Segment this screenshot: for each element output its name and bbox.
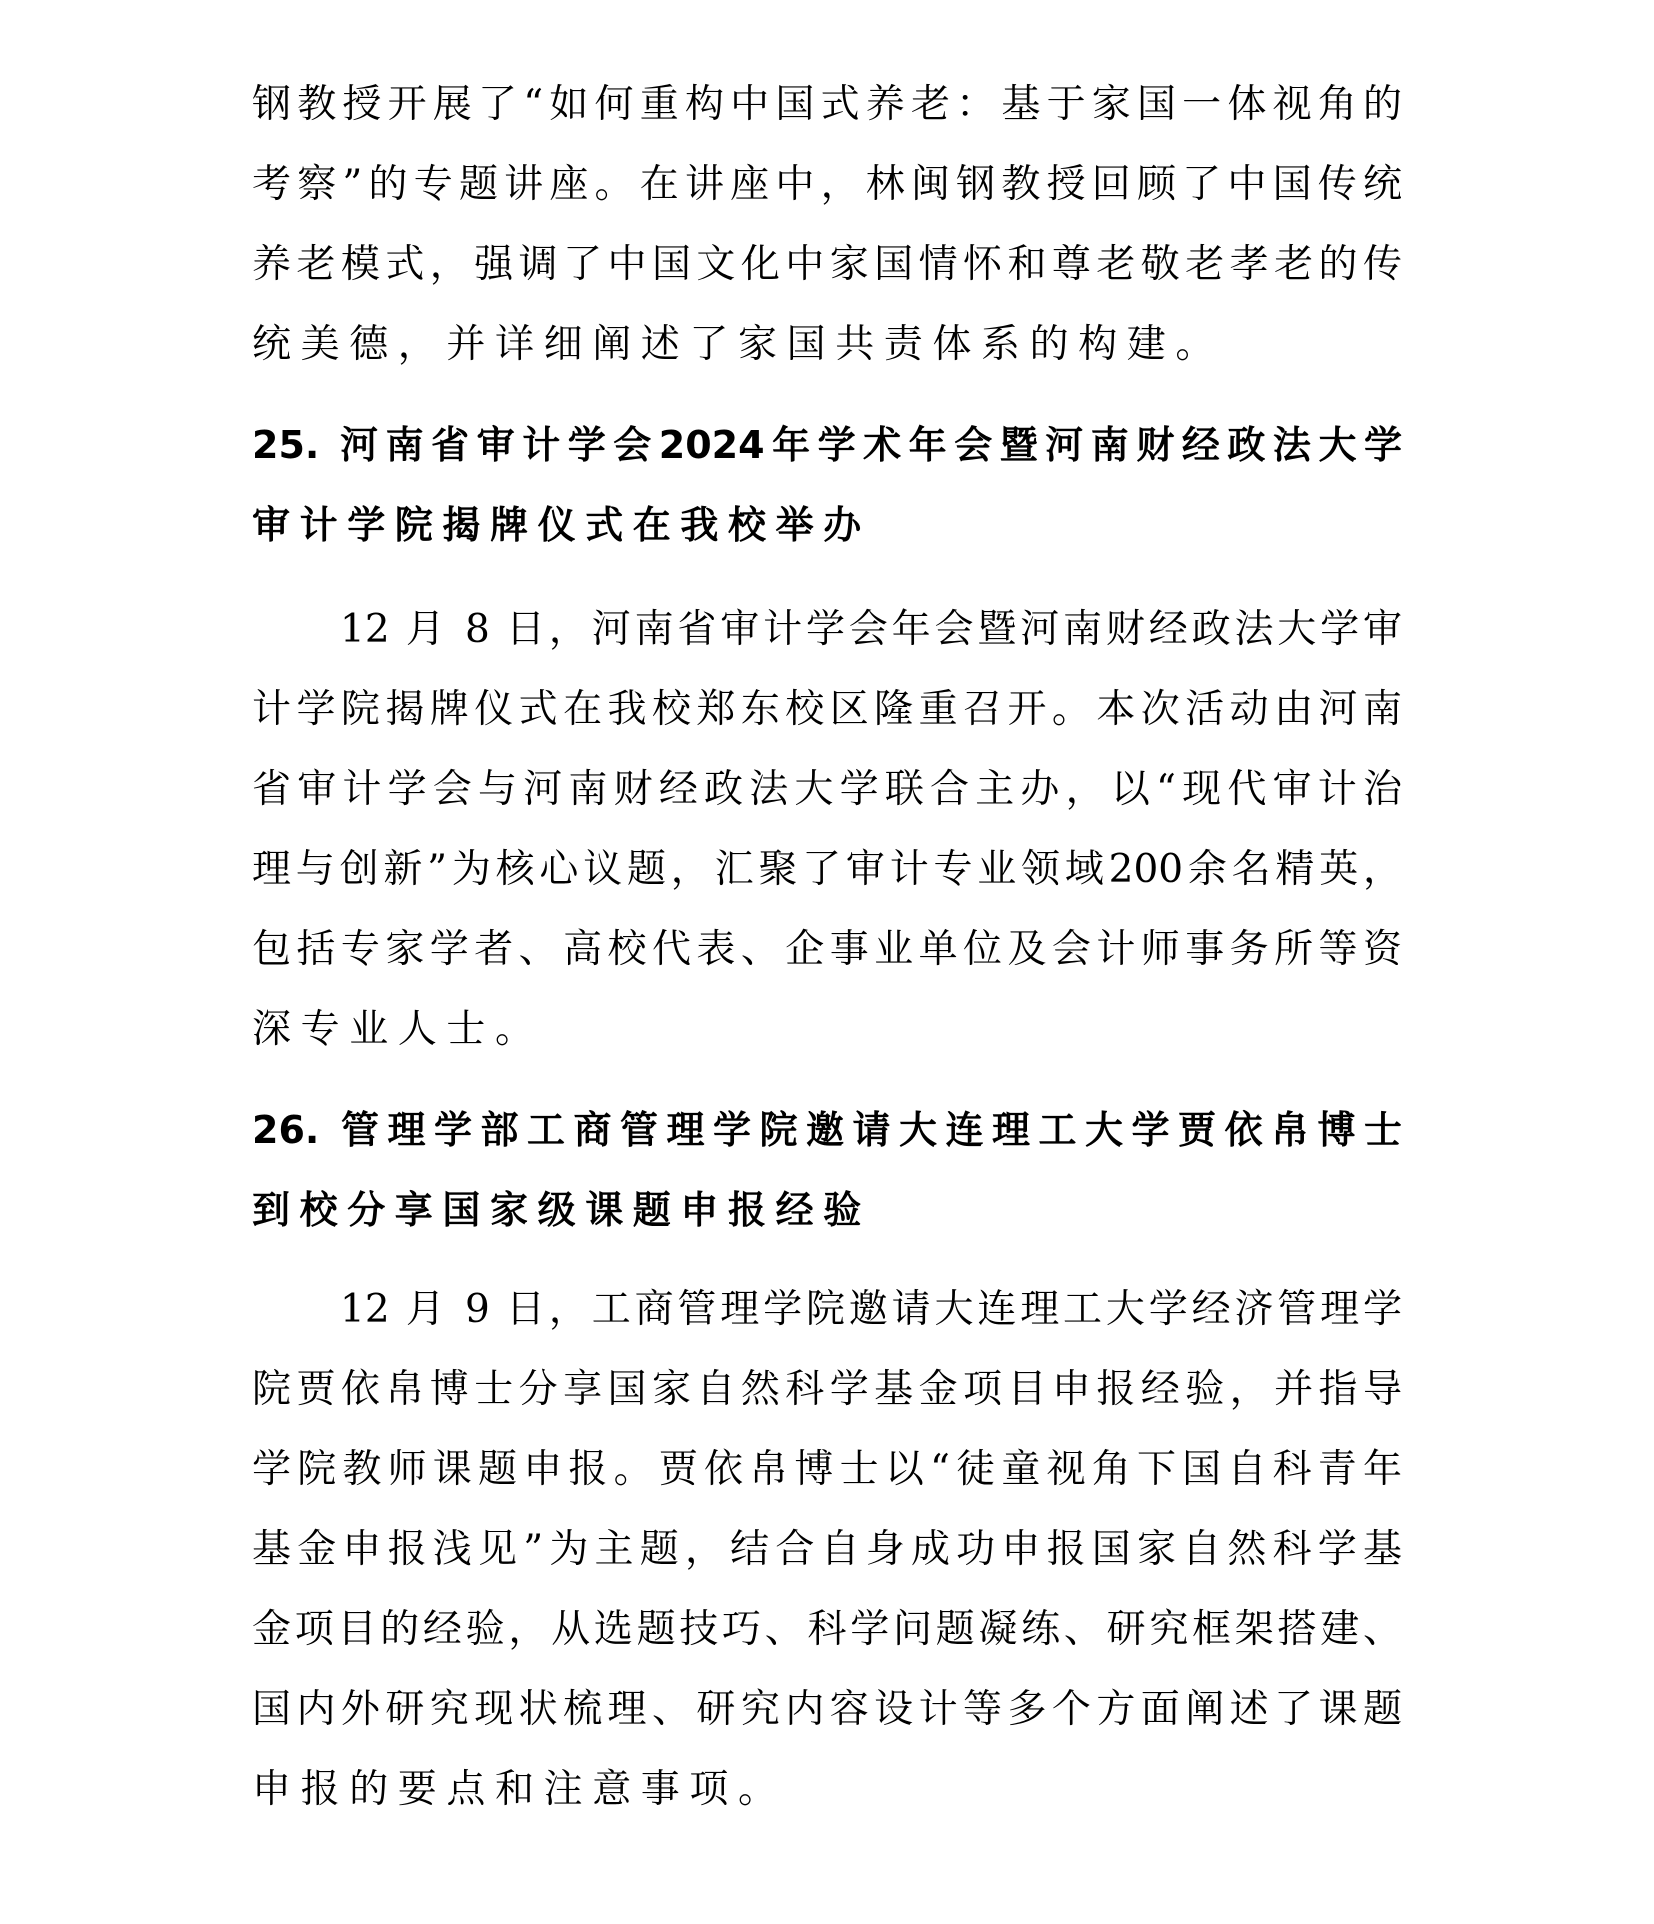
section-heading-26: 26. 管理学部工商管理学院邀请大连理工大学贾依帛博士: [252, 1090, 1402, 1170]
section-heading-25: 25. 河南省审计学会2024年学术年会暨河南财经政法大学: [252, 405, 1402, 485]
paragraph-line: 钢教授开展了“如何重构中国式养老：基于家国一体视角的: [252, 65, 1402, 145]
paragraph-line: 省审计学会与河南财经政法大学联合主办，以“现代审计治: [252, 750, 1402, 830]
paragraph-line: 申报的要点和注意事项。: [252, 1750, 1402, 1830]
paragraph-line: 学院教师课题申报。贾依帛博士以“徒童视角下国自科青年: [252, 1430, 1402, 1510]
paragraph-line: 深专业人士。: [252, 990, 1402, 1070]
paragraph-line: 考察”的专题讲座。在讲座中，林闽钢教授回顾了中国传统: [252, 145, 1402, 225]
paragraph-line: 12 月 8 日，河南省审计学会年会暨河南财经政法大学审: [340, 590, 1402, 670]
paragraph-line: 统美德，并详细阐述了家国共责体系的构建。: [252, 305, 1402, 385]
paragraph-line: 包括专家学者、高校代表、企事业单位及会计师事务所等资: [252, 910, 1402, 990]
paragraph-line: 计学院揭牌仪式在我校郑东校区隆重召开。本次活动由河南: [252, 670, 1402, 750]
paragraph-line: 12 月 9 日，工商管理学院邀请大连理工大学经济管理学: [340, 1270, 1402, 1350]
paragraph-line: 金项目的经验，从选题技巧、科学问题凝练、研究框架搭建、: [252, 1590, 1402, 1670]
paragraph-line: 养老模式，强调了中国文化中家国情怀和尊老敬老孝老的传: [252, 225, 1402, 305]
paragraph-line: 国内外研究现状梳理、研究内容设计等多个方面阐述了课题: [252, 1670, 1402, 1750]
paragraph-line: 基金申报浅见”为主题，结合自身成功申报国家自然科学基: [252, 1510, 1402, 1590]
paragraph-line: 理与创新”为核心议题，汇聚了审计专业领域200余名精英，: [252, 830, 1402, 910]
section-heading-25: 审计学院揭牌仪式在我校举办: [252, 485, 1402, 565]
paragraph-line: 院贾依帛博士分享国家自然科学基金项目申报经验，并指导: [252, 1350, 1402, 1430]
section-heading-26: 到校分享国家级课题申报经验: [252, 1170, 1402, 1250]
